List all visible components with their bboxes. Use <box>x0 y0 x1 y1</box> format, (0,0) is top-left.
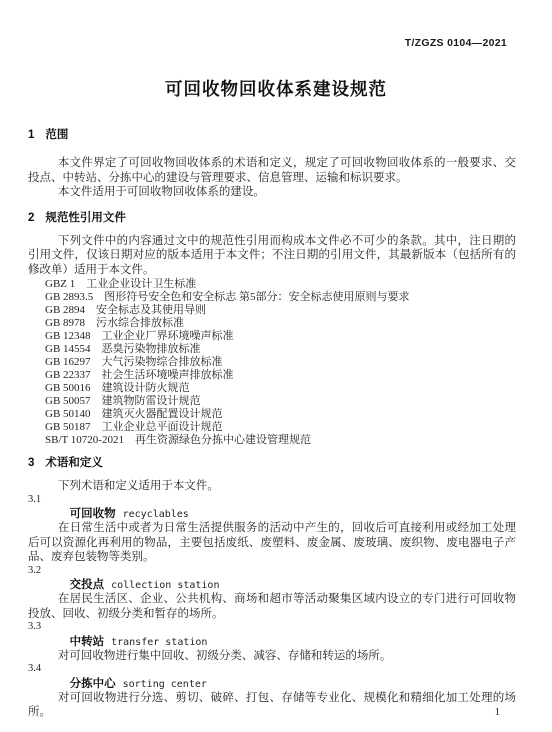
reference-code: GB 14554 <box>45 343 91 355</box>
reference-title: 建筑设计防火规范 <box>102 382 190 394</box>
reference-item: GB 50057建筑物防雷设计规范 <box>45 395 516 408</box>
reference-list: GBZ 1工业企业设计卫生标准 GB 2893.5图形符号安全色和安全标志 第5… <box>45 278 516 447</box>
reference-item: GB 8978污水综合排放标准 <box>45 317 516 330</box>
reference-code: GB 8978 <box>45 317 85 329</box>
reference-item: GB 2893.5图形符号安全色和安全标志 第5部分：安全标志使用原则与要求 <box>45 291 516 304</box>
section-heading-text: 规范性引用文件 <box>45 212 126 224</box>
reference-item: GB 12348工业企业厂界环境噪声标准 <box>45 330 516 343</box>
reference-title: 再生资源绿色分拣中心建设管理规范 <box>135 434 311 446</box>
reference-title: 图形符号安全色和安全标志 第5部分：安全标志使用原则与要求 <box>104 291 409 303</box>
reference-code: GBZ 1 <box>45 278 75 290</box>
reference-title: 大气污染物综合排放标准 <box>102 356 223 368</box>
section-number: 1 <box>28 129 34 141</box>
reference-item: GB 50016建筑设计防火规范 <box>45 382 516 395</box>
reference-title: 建筑灭火器配置设计规范 <box>102 408 223 420</box>
term-name: 分拣中心sorting center <box>70 676 516 691</box>
term-chinese: 交投点 <box>70 579 105 591</box>
reference-item: GB 50140建筑灭火器配置设计规范 <box>45 408 516 421</box>
document-title: 可回收物回收体系建设规范 <box>0 0 552 100</box>
section-number: 3 <box>28 457 34 469</box>
section-normative-references: 2规范性引用文件 下列文件中的内容通过文中的规范性引用而构成本文件必不可少的条款… <box>28 211 516 448</box>
section-terms-heading: 3术语和定义 <box>28 456 516 471</box>
scope-paragraph-2: 本文件适用于可回收物回收体系的建设。 <box>28 185 516 200</box>
reference-title: 安全标志及其使用导则 <box>96 304 206 316</box>
section-terms: 3术语和定义 下列术语和定义适用于本文件。 3.1 可回收物recyclable… <box>28 456 516 720</box>
term-name: 交投点collection station <box>70 577 516 592</box>
reference-title: 污水综合排放标准 <box>96 317 184 329</box>
term-english: recyclables <box>123 509 189 520</box>
reference-code: GB 2894 <box>45 304 85 316</box>
reference-code: GB 50057 <box>45 395 91 407</box>
reference-title: 建筑物防雷设计规范 <box>102 395 201 407</box>
reference-item: GB 50187工业企业总平面设计规范 <box>45 421 516 434</box>
term-english: transfer station <box>111 637 207 648</box>
reference-item: GB 22337社会生活环境噪声排放标准 <box>45 369 516 382</box>
reference-title: 社会生活环境噪声排放标准 <box>102 369 234 381</box>
section-references-heading: 2规范性引用文件 <box>28 211 516 226</box>
reference-code: GB 50140 <box>45 408 91 420</box>
term-definition: 在日常生活中或者为日常生活提供服务的活动中产生的，回收后可直接利用或经加工处理后… <box>28 521 516 565</box>
reference-item: GB 16297大气污染物综合排放标准 <box>45 356 516 369</box>
term-entry: 3.2 交投点collection station 在居民生活区、企业、公共机构… <box>28 565 516 622</box>
reference-code: GB 2893.5 <box>45 291 93 303</box>
section-number: 2 <box>28 212 34 224</box>
scope-paragraph-1: 本文件界定了可回收物回收体系的术语和定义，规定了可回收物回收体系的一般要求、交投… <box>28 156 516 185</box>
reference-code: GB 12348 <box>45 330 91 342</box>
term-number: 3.3 <box>28 621 516 634</box>
reference-title: 恶臭污染物排放标准 <box>102 343 201 355</box>
term-number: 3.1 <box>28 494 516 507</box>
terms-intro: 下列术语和定义适用于本文件。 <box>28 479 516 494</box>
term-english: collection station <box>111 580 219 591</box>
term-definition: 对可回收物进行分选、剪切、破碎、打包、存储等专业化、规模化和精细化加工处理的场所… <box>28 691 516 720</box>
reference-code: SB/T 10720-2021 <box>45 434 124 446</box>
reference-code: GB 22337 <box>45 369 91 381</box>
reference-item: GB 14554恶臭污染物排放标准 <box>45 343 516 356</box>
term-name: 中转站transfer station <box>70 634 516 649</box>
reference-item: GB 2894安全标志及其使用导则 <box>45 304 516 317</box>
term-entry: 3.1 可回收物recyclables 在日常生活中或者为日常生活提供服务的活动… <box>28 494 516 565</box>
reference-title: 工业企业厂界环境噪声标准 <box>102 330 234 342</box>
reference-code: GB 16297 <box>45 356 91 368</box>
terms-list: 3.1 可回收物recyclables 在日常生活中或者为日常生活提供服务的活动… <box>28 494 516 720</box>
reference-title: 工业企业设计卫生标准 <box>86 278 196 290</box>
section-heading-text: 范围 <box>45 129 68 141</box>
term-definition: 对可回收物进行集中回收、初级分类、减容、存储和转运的场所。 <box>28 649 516 664</box>
section-scope-heading: 1范围 <box>28 128 516 143</box>
term-chinese: 中转站 <box>70 636 105 648</box>
section-scope: 1范围 本文件界定了可回收物回收体系的术语和定义，规定了可回收物回收体系的一般要… <box>28 128 516 200</box>
page-content: 1范围 本文件界定了可回收物回收体系的术语和定义，规定了可回收物回收体系的一般要… <box>0 128 552 720</box>
reference-title: 工业企业总平面设计规范 <box>102 421 223 433</box>
term-chinese: 分拣中心 <box>70 678 116 690</box>
doc-code: T/ZGZS 0104—2021 <box>405 37 507 49</box>
document-page: T/ZGZS 0104—2021 可回收物回收体系建设规范 1范围 本文件界定了… <box>0 0 552 732</box>
section-heading-text: 术语和定义 <box>45 457 103 469</box>
reference-code: GB 50187 <box>45 421 91 433</box>
reference-item: GBZ 1工业企业设计卫生标准 <box>45 278 516 291</box>
reference-code: GB 50016 <box>45 382 91 394</box>
reference-item: SB/T 10720-2021再生资源绿色分拣中心建设管理规范 <box>45 434 516 447</box>
term-chinese: 可回收物 <box>70 508 116 520</box>
term-entry: 3.4 分拣中心sorting center 对可回收物进行分选、剪切、破碎、打… <box>28 663 516 720</box>
references-intro: 下列文件中的内容通过文中的规范性引用而构成本文件必不可少的条款。其中，注日期的引… <box>28 234 516 278</box>
term-number: 3.4 <box>28 663 516 676</box>
term-english: sorting center <box>123 679 207 690</box>
term-definition: 在居民生活区、企业、公共机构、商场和超市等活动聚集区域内设立的专门进行可回收物投… <box>28 592 516 621</box>
term-entry: 3.3 中转站transfer station 对可回收物进行集中回收、初级分类… <box>28 621 516 663</box>
page-number: 1 <box>495 706 501 718</box>
term-name: 可回收物recyclables <box>70 506 516 521</box>
term-number: 3.2 <box>28 565 516 578</box>
